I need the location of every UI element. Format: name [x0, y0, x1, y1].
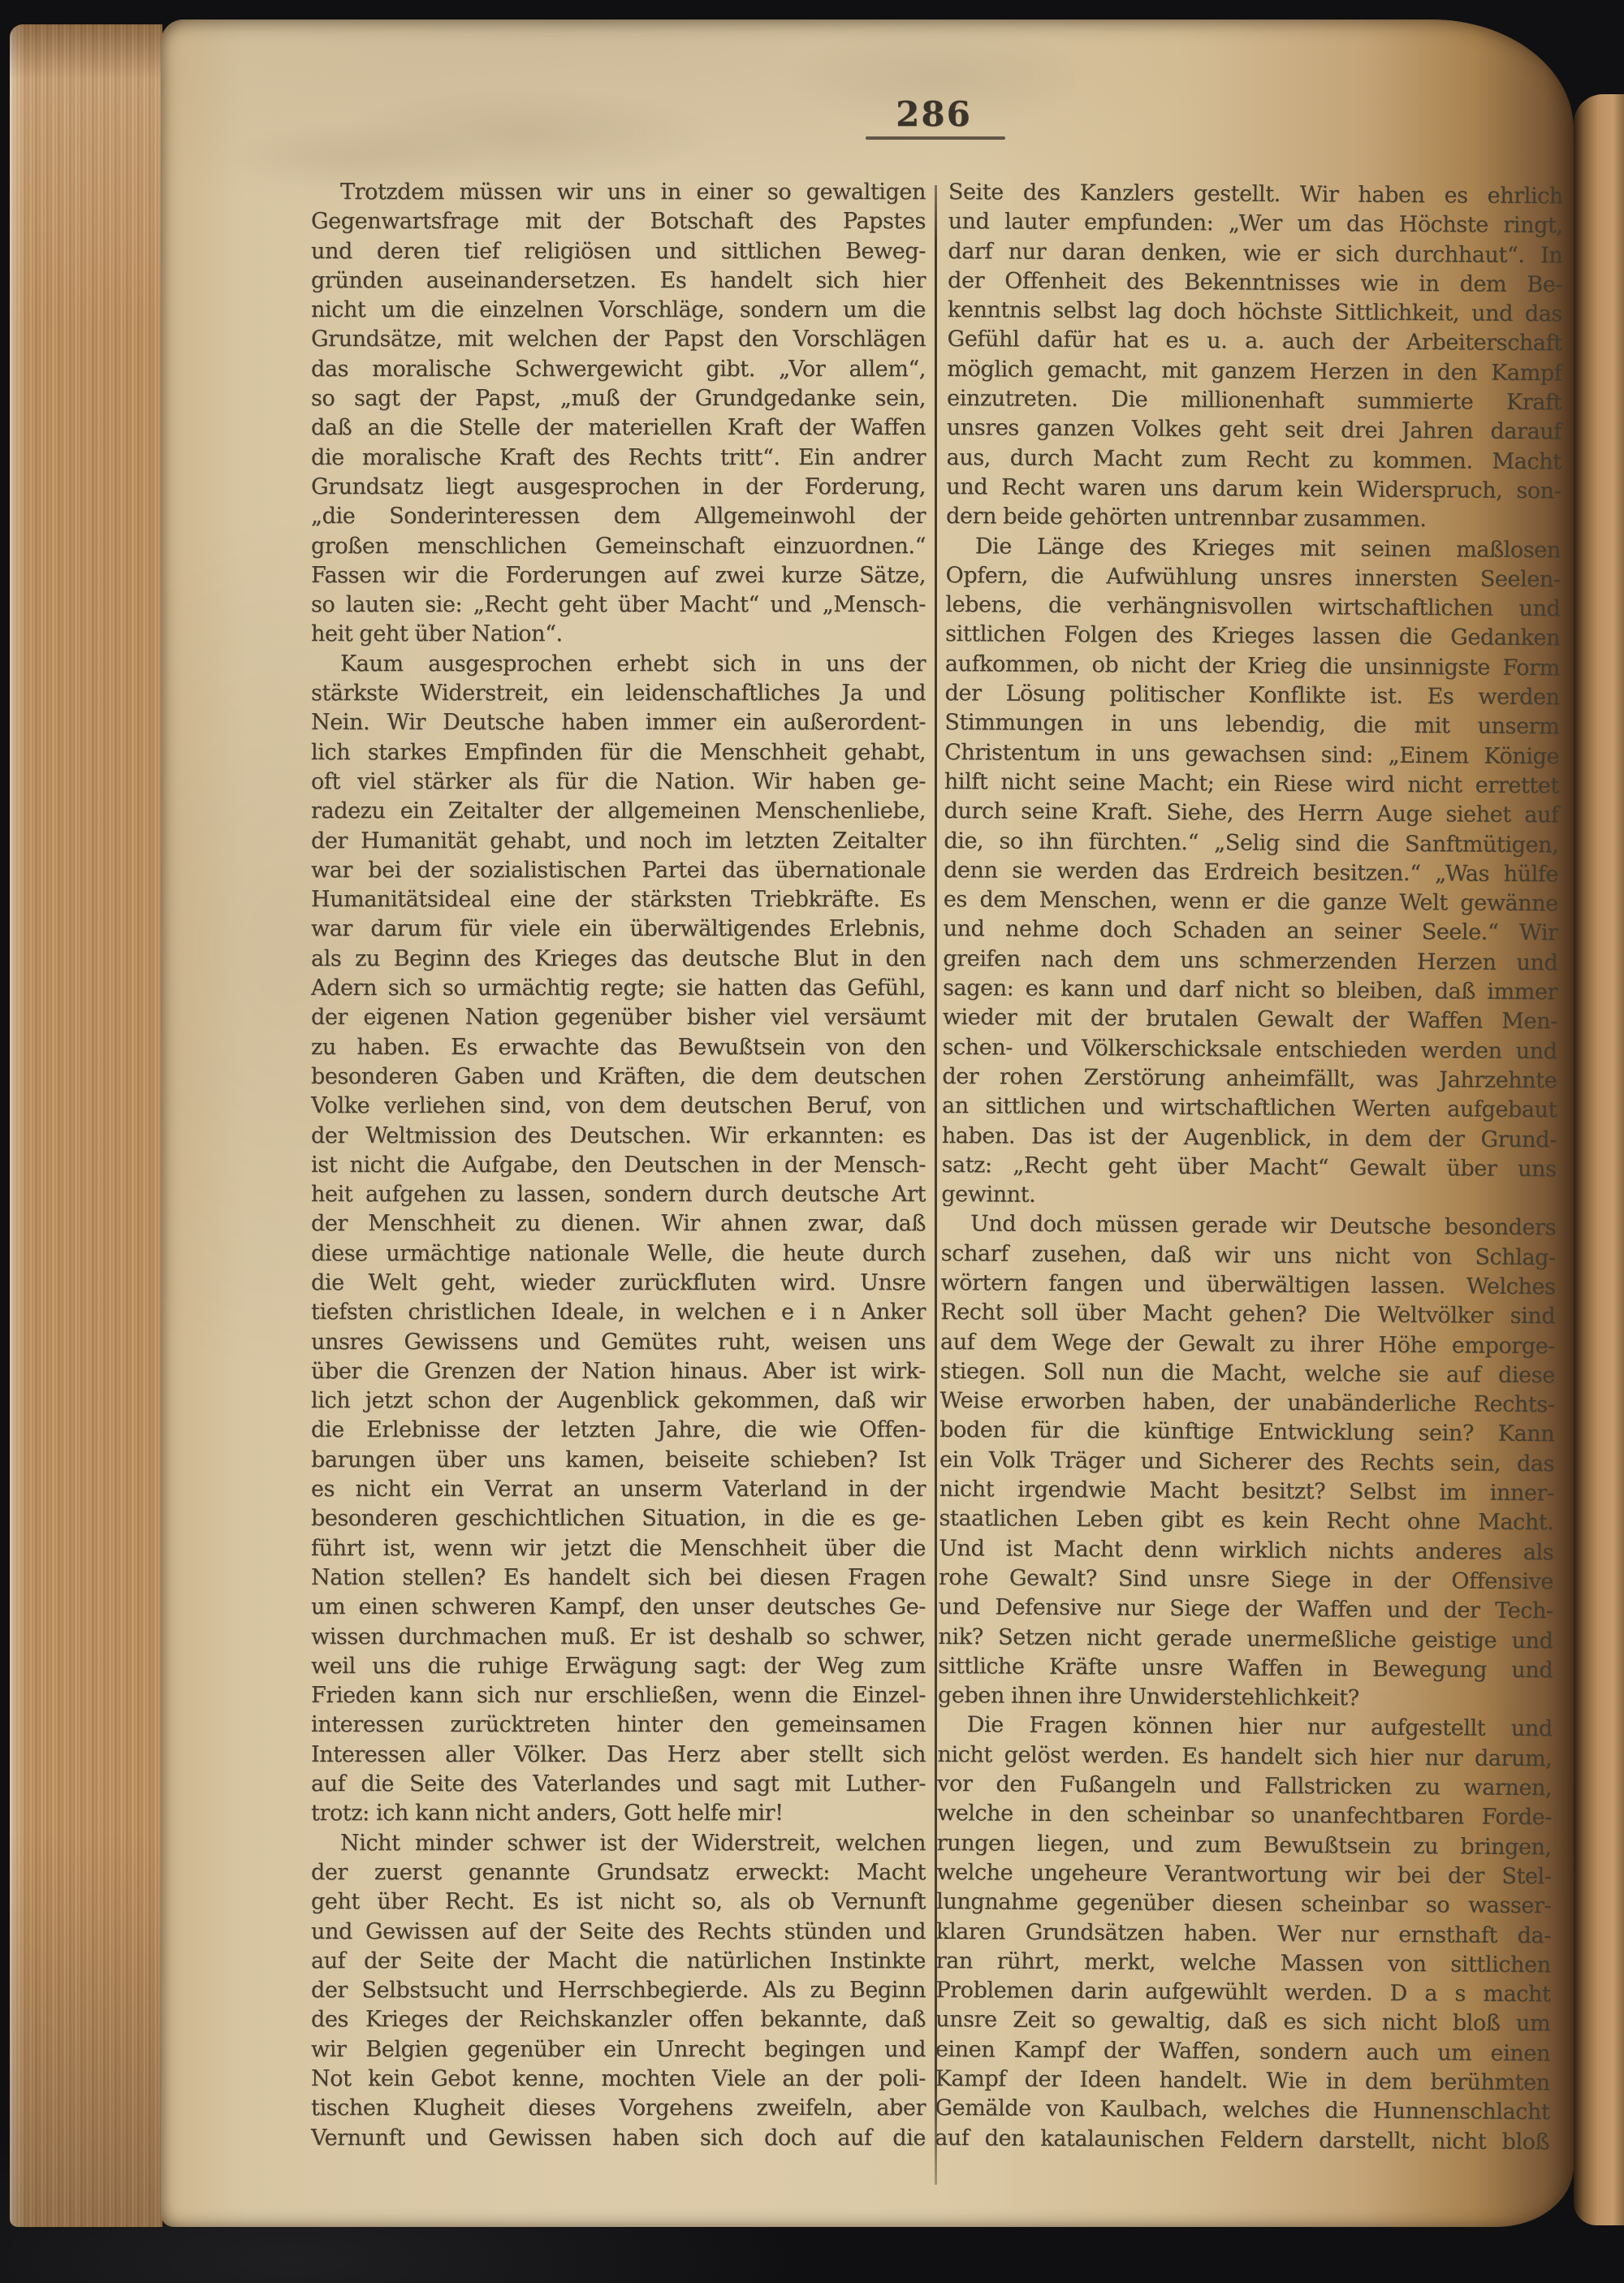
- text-line: die Welt geht, wieder zurückfluten wird.…: [311, 1269, 926, 1298]
- text-line: und Defensive nur Siege der Waffen und d…: [939, 1593, 1553, 1627]
- text-line: Und doch müssen gerade wir Deutsche beso…: [941, 1209, 1556, 1243]
- text-line: um einen schweren Kampf, den unser deuts…: [311, 1593, 926, 1622]
- text-line: gewinnt.: [941, 1180, 1556, 1214]
- text-line: heit geht über Nation“.: [311, 620, 926, 649]
- text-line: „die Sonderinteressen dem Allgemeinwohl …: [311, 502, 926, 531]
- text-line: satz: „Recht geht über Macht“ Gewalt übe…: [941, 1151, 1556, 1185]
- text-line: wissen durchmachen muß. Er ist deshalb s…: [311, 1623, 926, 1652]
- text-line: Grundsatz liegt ausgesprochen in der For…: [311, 473, 926, 502]
- text-line: rohe Gewalt? Sind unsre Siege in der Off…: [939, 1563, 1553, 1598]
- text-line: nik? Setzen nicht gerade unermeßliche ge…: [938, 1623, 1553, 1657]
- text-line: lungnahme gegenüber diesen scheinbar so …: [936, 1887, 1551, 1922]
- text-line: stiegen. Soll nun die Macht, welche sie …: [940, 1357, 1555, 1391]
- text-line: darf nur daran denken, wie er sich durch…: [948, 237, 1562, 271]
- text-line: der rohen Zerstörung anheimfällt, was Ja…: [942, 1062, 1557, 1096]
- text-line: des Krieges der Reichskanzler offen beka…: [311, 2005, 926, 2034]
- text-line: Not kein Gebot kenne, mochten Viele an d…: [311, 2065, 926, 2094]
- text-line: auf der Seite der Macht die natürlichen …: [311, 1947, 926, 1976]
- text-line: daß an die Stelle der materiellen Kraft …: [311, 413, 926, 443]
- text-line: aus, durch Macht zum Recht zu kommen. Ma…: [946, 443, 1561, 478]
- text-line: aufkommen, ob nicht der Krieg die unsinn…: [945, 650, 1560, 684]
- text-line: und Gewissen auf der Seite des Rechts st…: [311, 1918, 926, 1947]
- text-line: oft viel stärker als für die Nation. Wir…: [311, 767, 926, 797]
- text-line: das moralische Schwergewicht gibt. „Vor …: [311, 355, 926, 384]
- text-line: die, so ihn fürchten.“ „Selig sind die S…: [944, 827, 1558, 861]
- text-line: vor den Fußangeln und Fallstricken zu wa…: [937, 1770, 1552, 1804]
- text-line: unsre Zeit so gewaltig, daß es sich nich…: [935, 2005, 1550, 2039]
- text-line: besonderen Gaben und Kräften, die dem de…: [311, 1062, 926, 1092]
- text-line: zu haben. Es erwachte das Bewußtsein von…: [311, 1033, 926, 1062]
- text-line: geht über Recht. Es ist nicht so, als ob…: [311, 1887, 926, 1917]
- text-line: barungen über uns kamen, beiseite schieb…: [311, 1446, 926, 1475]
- text-line: so sagt der Papst, „muß der Grundgedanke…: [311, 384, 926, 413]
- text-line: Interessen aller Völker. Das Herz aber s…: [311, 1740, 926, 1770]
- text-line: stärkste Widerstreit, ein leidenschaftli…: [311, 679, 926, 708]
- text-line: boden für die künftige Entwicklung sein?…: [939, 1416, 1554, 1450]
- text-line: Stimmungen in uns lebendig, die mit unse…: [944, 708, 1559, 742]
- text-line: unsres ganzen Volkes geht seit drei Jahr…: [947, 413, 1561, 448]
- page-number-rule: [866, 136, 1005, 140]
- text-line: tischen Klugheit dieses Vorgehens zweife…: [311, 2094, 926, 2123]
- text-line: der Offenheit des Bekenntnisses wie in d…: [948, 266, 1562, 301]
- text-line: und Recht waren uns darum kein Widerspru…: [946, 473, 1561, 507]
- text-line: lich jetzt schon der Augenblick gekommen…: [311, 1386, 926, 1416]
- text-line: wir Belgien gegenüber ein Unrecht beging…: [311, 2035, 926, 2065]
- text-line: rungen liegen, und zum Bewußtsein zu bri…: [937, 1829, 1552, 1863]
- text-line: an sittlichen und wirtschaftlichen Werte…: [942, 1092, 1557, 1126]
- text-line: Opfern, die Aufwühlung unsres innersten …: [945, 561, 1560, 595]
- text-line: der Menschheit zu dienen. Wir ahnen zwar…: [311, 1209, 926, 1239]
- text-line: klaren Grundsätzen haben. Wer nur ernsth…: [936, 1917, 1551, 1951]
- text-line: nicht um die einzelnen Vorschläge, sonde…: [311, 296, 926, 325]
- text-line: großen menschlichen Gemeinschaft einzuor…: [311, 532, 926, 561]
- text-line: als zu Beginn des Krieges das deutsche B…: [311, 945, 926, 974]
- text-line: der Selbstsucht und Herrschbegierde. Als…: [311, 1976, 926, 2005]
- text-line: Weise erworben haben, der unabänderliche…: [939, 1386, 1554, 1420]
- facing-page-edge: [1574, 94, 1624, 2225]
- text-line: haben. Das ist der Augenblick, in dem de…: [942, 1121, 1557, 1155]
- text-line: Humanitätsideal eine der stärksten Trieb…: [311, 885, 926, 914]
- text-line: Christentum in uns gewachsen sind: „Eine…: [944, 738, 1559, 772]
- scanned-book-page: 286 Trotzdem müssen wir uns in einer so …: [0, 0, 1624, 2283]
- text-line: geben ihnen ihre Unwiderstehlichkeit?: [938, 1681, 1553, 1715]
- text-line: Nicht minder schwer ist der Widerstreit,…: [311, 1829, 926, 1858]
- text-line: Und ist Macht denn wirklich nichts ander…: [939, 1534, 1553, 1568]
- text-line: der eigenen Nation gegenüber bisher viel…: [311, 1003, 926, 1032]
- text-line: auf die Seite des Vaterlandes und sagt m…: [311, 1770, 926, 1799]
- text-line: diese urmächtige nationale Welle, die he…: [311, 1239, 926, 1269]
- text-line: schen- und Völkerschicksale entschieden …: [942, 1033, 1557, 1067]
- text-line: sittlichen Folgen des Krieges lassen die…: [945, 620, 1560, 654]
- text-line: Trotzdem müssen wir uns in einer so gewa…: [311, 178, 926, 207]
- text-line: greifen nach dem uns schmerzenden Herzen…: [943, 945, 1557, 979]
- text-line: heit aufgehen zu lassen, sondern durch d…: [311, 1180, 926, 1209]
- text-line: sagen: es kann und darf nicht so bleiben…: [943, 974, 1557, 1008]
- text-line: der Weltmission des Deutschen. Wir erkan…: [311, 1122, 926, 1151]
- text-line: Nation stellen? Es handelt sich bei dies…: [311, 1563, 926, 1593]
- text-line: lich starkes Empfinden für die Menschhei…: [311, 738, 926, 767]
- text-line: es dem Menschen, wenn er die ganze Welt …: [944, 885, 1558, 919]
- text-line: führt ist, wenn wir jetzt die Menschheit…: [311, 1534, 926, 1563]
- text-line: Problemen darin aufgewühlt werden. D a s…: [935, 1976, 1550, 2010]
- text-line: durch seine Kraft. Siehe, des Herrn Auge…: [944, 797, 1558, 831]
- text-line: es nicht ein Verrat an unserm Vaterland …: [311, 1475, 926, 1504]
- text-line: und deren tief religiösen und sittlichen…: [311, 237, 926, 266]
- text-line: Kampf der Ideen handelt. Wie in dem berü…: [935, 2065, 1550, 2099]
- text-line: tiefsten christlichen Ideale, in welchen…: [311, 1298, 926, 1327]
- text-line: radezu ein Zeitalter der allgemeinen Men…: [311, 797, 926, 826]
- text-line: und lauter empfunden: „Wer um das Höchst…: [948, 207, 1562, 241]
- text-line: Frieden kann sich nur erschließen, wenn …: [311, 1681, 926, 1710]
- text-line: auf den katalaunischen Feldern darstellt…: [935, 2124, 1549, 2158]
- text-line: Grundsätze, mit welchen der Papst den Vo…: [311, 325, 926, 354]
- text-line: dern beide gehörten untrennbar zusammen.: [946, 502, 1561, 536]
- text-line: kenntnis selbst lag doch höchste Sittlic…: [948, 296, 1562, 330]
- text-line: Kaum ausgesprochen erhebt sich in uns de…: [311, 650, 926, 679]
- text-line: welche in den scheinbar so unanfechtbare…: [937, 1799, 1552, 1833]
- text-line: Die Fragen können hier nur aufgestellt u…: [938, 1710, 1553, 1745]
- text-line: ran rührt, merkt, welche Massen von sitt…: [936, 1947, 1551, 1981]
- text-line: gründen auseinandersetzen. Es handelt si…: [311, 266, 926, 296]
- text-line: die Erlebnisse der letzten Jahre, die wi…: [311, 1416, 926, 1445]
- text-line: auf dem Wege der Gewalt zu ihrer Höhe em…: [940, 1328, 1555, 1362]
- text-column-left: Trotzdem müssen wir uns in einer so gewa…: [311, 178, 926, 2153]
- text-line: Die Länge des Krieges mit seinen maßlose…: [946, 532, 1561, 566]
- text-line: einen Kampf der Waffen, sondern auch um …: [935, 2035, 1550, 2069]
- text-line: Gemälde von Kaulbach, welches die Hunnen…: [935, 2094, 1549, 2128]
- text-line: unsres Gewissens und Gemütes ruht, weise…: [311, 1328, 926, 1357]
- text-line: trotz: ich kann nicht anders, Gott helfe…: [311, 1799, 926, 1828]
- text-line: Gefühl dafür hat es u. a. auch der Arbei…: [947, 325, 1561, 359]
- text-line: Vernunft und Gewissen haben sich doch au…: [311, 2124, 926, 2153]
- text-line: der Humanität gehabt, und noch im letzte…: [311, 827, 926, 856]
- text-line: nicht irgendwie Macht besitzt? Selbst im…: [939, 1475, 1554, 1509]
- text-line: sittliche Kräfte unsre Waffen in Bewegun…: [938, 1652, 1553, 1686]
- text-line: besonderen geschichtlichen Situation, in…: [311, 1504, 926, 1533]
- text-line: Seite des Kanzlers gestellt. Wir haben e…: [948, 178, 1563, 212]
- text-line: ist nicht die Aufgabe, den Deutschen in …: [311, 1151, 926, 1180]
- text-line: der zuerst genannte Grundsatz erweckt: M…: [311, 1858, 926, 1887]
- text-line: wieder mit der brutalen Gewalt der Waffe…: [943, 1003, 1557, 1037]
- text-line: Adern sich so urmächtig regte; sie hatte…: [311, 974, 926, 1003]
- text-line: scharf zusehen, daß wir uns nicht von Sc…: [941, 1239, 1556, 1273]
- text-line: Fassen wir die Forderungen auf zwei kurz…: [311, 561, 926, 590]
- text-column-right: Seite des Kanzlers gestellt. Wir haben e…: [935, 178, 1563, 2157]
- text-line: interessen zurücktreten hinter den gemei…: [311, 1710, 926, 1740]
- text-line: war bei der sozialistischen Partei das ü…: [311, 856, 926, 885]
- text-line: Nein. Wir Deutsche haben immer ein außer…: [311, 708, 926, 737]
- text-line: Gegenwartsfrage mit der Botschaft des Pa…: [311, 207, 926, 236]
- text-line: war darum für viele ein überwältigendes …: [311, 914, 926, 944]
- text-line: und nehme doch Schaden an seiner Seele.“…: [943, 914, 1557, 949]
- text-line: die moralische Kraft des Rechts tritt“. …: [311, 443, 926, 473]
- text-line: weil uns die ruhige Erwägung sagt: der W…: [311, 1652, 926, 1681]
- text-line: wörtern fangen und überwältigen lassen. …: [940, 1269, 1555, 1303]
- text-line: ein Volk Träger und Sicherer des Rechts …: [939, 1446, 1554, 1480]
- text-line: so lauten sie: „Recht geht über Macht“ u…: [311, 590, 926, 620]
- text-line: welche ungeheure Verantwortung wir bei d…: [936, 1858, 1551, 1892]
- book-fore-edge-page-stack: [10, 24, 162, 2227]
- text-line: Recht soll über Macht gehen? Die Weltvöl…: [940, 1298, 1555, 1332]
- text-line: denn sie werden das Erdreich besitzen.“ …: [944, 856, 1558, 890]
- text-line: möglich gemacht, mit ganzem Herzen in de…: [947, 355, 1561, 389]
- text-line: über die Grenzen der Nation hinaus. Aber…: [311, 1357, 926, 1386]
- page-number: 286: [859, 97, 1009, 132]
- text-line: nicht gelöst werden. Es handelt sich hie…: [937, 1740, 1552, 1775]
- text-line: einzutreten. Die millionenhaft summierte…: [947, 384, 1561, 418]
- text-line: hilft nicht seine Macht; ein Riese wird …: [944, 767, 1559, 802]
- text-line: lebens, die verhängnisvollen wirtschaftl…: [945, 590, 1560, 625]
- text-line: Volke verliehen sind, von dem deutschen …: [311, 1092, 926, 1121]
- text-line: staatlichen Leben gibt es kein Recht ohn…: [939, 1504, 1553, 1538]
- text-line: der Lösung politischer Konflikte ist. Es…: [944, 679, 1559, 713]
